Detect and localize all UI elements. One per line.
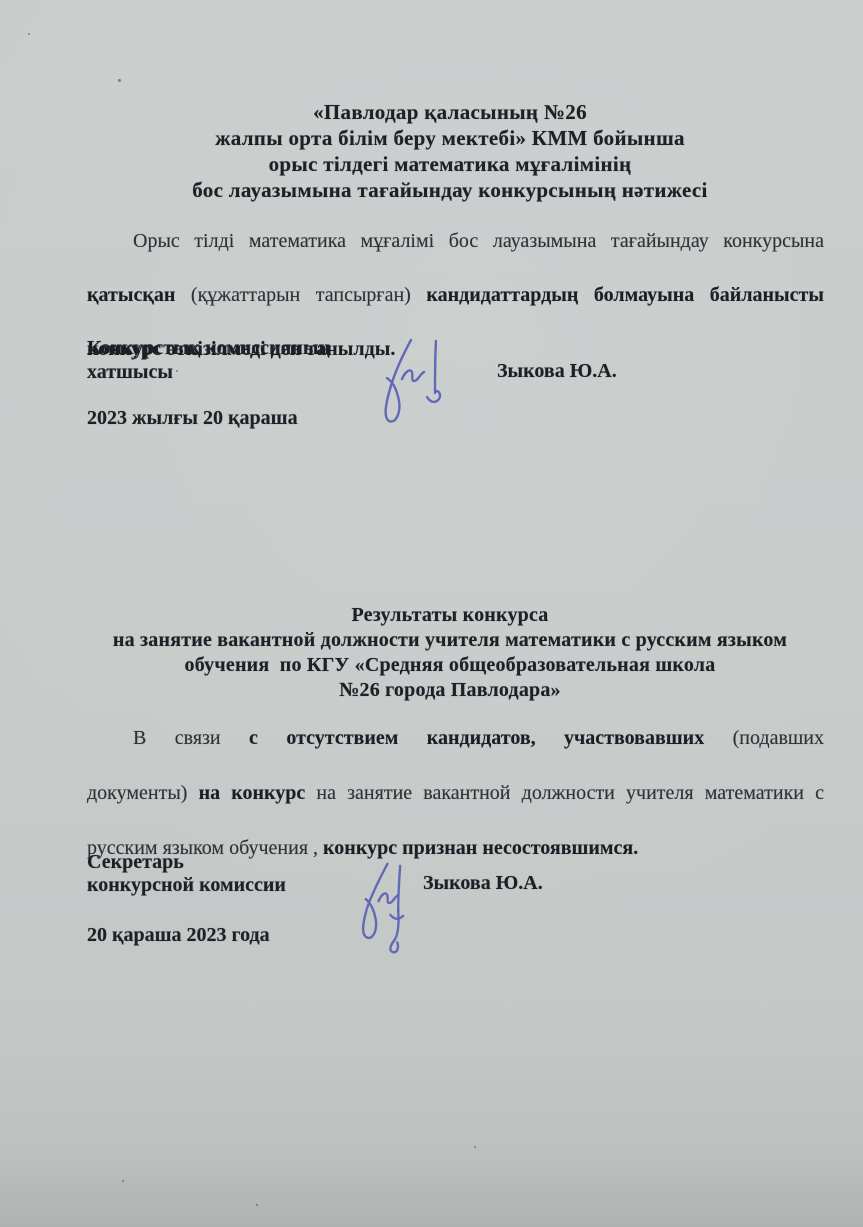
kazakh-title: «Павлодар қаласының №26жалпы орта білім … (40, 99, 860, 203)
text-line: хатшысы (87, 360, 330, 384)
text-line: Секретарь (87, 851, 286, 874)
bold-text-run: қатысқан (87, 284, 175, 306)
russian-signature-role: Секретарьконкурсной комиссии (87, 851, 286, 897)
text-line: конкурсной комиссии (87, 874, 286, 897)
scanned-document-page: «Павлодар қаласының №26жалпы орта білім … (0, 0, 863, 1227)
text-run: (подавших (704, 727, 824, 749)
paragraph-line: документы) на конкурс на занятие вакантн… (87, 780, 824, 835)
handwritten-signature-icon (355, 857, 409, 957)
russian-date: 20 қараша 2023 года (87, 924, 270, 947)
paper-speck (474, 1146, 476, 1148)
kazakh-signature-role: Конкурстық комиссияныңхатшысы (87, 336, 330, 384)
russian-body-paragraph: В связи с отсутствием кандидатов, участв… (87, 725, 824, 863)
text-line: жалпы орта білім беру мектебі» КММ бойын… (40, 125, 860, 151)
text-line: обучения по КГУ «Средняя общеобразовател… (40, 653, 860, 678)
russian-title: Результаты конкурсана занятие вакантной … (40, 603, 860, 703)
paper-speck (176, 370, 178, 372)
text-line: на занятие вакантной должности учителя м… (40, 628, 860, 653)
text-run: (құжаттарын тапсырған) (175, 284, 426, 306)
text-run: документы) (87, 782, 199, 804)
paragraph-line: В связи с отсутствием кандидатов, участв… (87, 725, 824, 780)
text-run: В связи (133, 727, 249, 749)
text-run: на занятие вакантной должности учителя м… (305, 782, 824, 804)
text-run: Орыс тілді математика мұғалімі бос лауаз… (133, 230, 824, 252)
paper-speck (118, 79, 121, 82)
bold-text-run: на конкурс (199, 782, 306, 804)
text-line: бос лауазымына тағайындау конкурсының нә… (40, 177, 860, 203)
paragraph-line: қатысқан (құжаттарын тапсырған) кандидат… (87, 282, 824, 336)
paper-speck (28, 33, 30, 35)
paper-speck (122, 1180, 124, 1182)
text-line: Результаты конкурса (40, 603, 860, 628)
paragraph-line: Орыс тілді математика мұғалімі бос лауаз… (87, 228, 824, 282)
kazakh-date: 2023 жылғы 20 қараша (87, 407, 298, 430)
paper-speck (256, 1204, 258, 1206)
bold-text-run: с отсутствием кандидатов, участвовавших (249, 727, 704, 749)
bold-text-run: конкурс признан несостоявшимся. (323, 837, 638, 859)
signatory-name: Зыкова Ю.А. (423, 872, 543, 895)
text-line: «Павлодар қаласының №26 (40, 99, 860, 125)
text-line: орыс тілдегі математика мұғалімінің (40, 151, 860, 177)
handwritten-signature-icon (374, 335, 444, 427)
signatory-name: Зыкова Ю.А. (497, 360, 617, 383)
text-line: Конкурстық комиссияның (87, 336, 330, 360)
bold-text-run: кандидаттардың болмауына байланысты (426, 284, 824, 306)
text-line: №26 города Павлодара» (40, 678, 860, 703)
